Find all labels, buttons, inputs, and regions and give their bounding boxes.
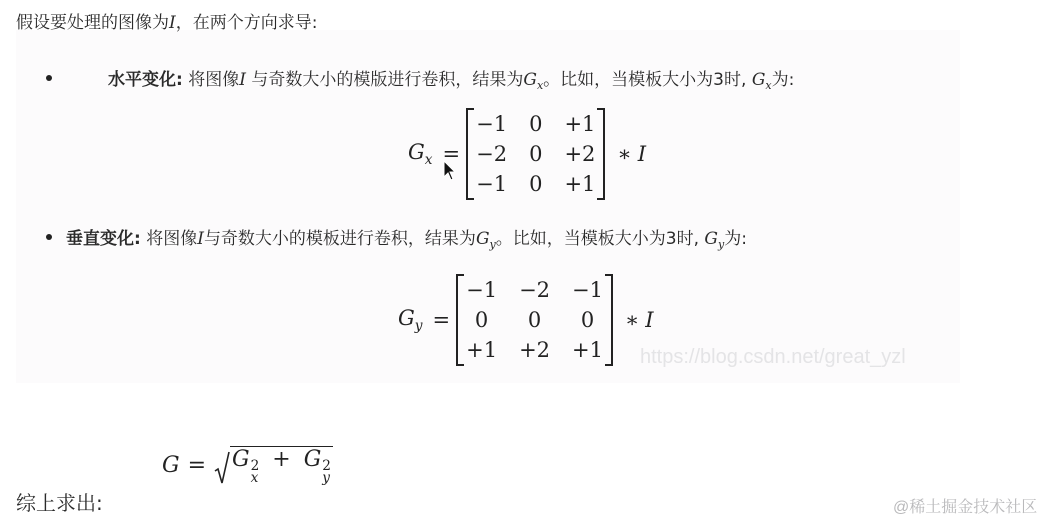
var-g: G	[476, 229, 490, 249]
radicand: G2x + G2y	[230, 446, 333, 485]
vertical-text: 将图像	[141, 229, 197, 249]
csdn-watermark: https://blog.csdn.net/great_yzl	[640, 346, 906, 369]
bullet-icon	[46, 234, 52, 240]
intro-text: 假设要处理的图像为	[16, 13, 169, 33]
matrix-cell: 0	[572, 306, 603, 334]
vertical-text: 。比如，当模板大小为3时,	[496, 229, 699, 249]
horizontal-text: 与奇数大小的模版进行卷积，结果为	[246, 70, 523, 90]
exponent-subscript: 2x	[251, 460, 260, 485]
bullet-icon	[46, 75, 52, 81]
var-i: I	[239, 70, 246, 90]
vertical-title: 垂直变化:	[66, 229, 141, 249]
var-sub: x	[425, 152, 433, 168]
horizontal-text: 为:	[772, 70, 795, 90]
matrix-cell: −1	[466, 276, 497, 304]
matrix-cell: 0	[529, 140, 542, 168]
sqrt-sign-icon	[214, 451, 230, 485]
horizontal-title: 水平变化:	[108, 70, 183, 90]
subscript: x	[251, 472, 260, 484]
matrix-cell: 0	[466, 306, 497, 334]
gx-equation: Gx = −1 0 +1 −2 0 +2 −1 0 +1 ∗ I	[408, 108, 646, 200]
gy-matrix: −1 −2 −1 0 0 0 +1 +2 +1	[456, 274, 613, 366]
gy-equation: Gy = −1 −2 −1 0 0 0 +1 +2 +1 ∗ I	[398, 274, 654, 366]
matrix-cell: +1	[564, 170, 595, 198]
var-g: G	[304, 447, 322, 472]
matrix-cell: +1	[466, 336, 497, 364]
matrix-cell: 0	[529, 170, 542, 198]
gx-matrix: −1 0 +1 −2 0 +2 −1 0 +1	[466, 108, 605, 200]
matrix-cell: −1	[476, 110, 507, 138]
matrix-cell: 0	[519, 306, 550, 334]
mouse-cursor-icon	[443, 160, 457, 182]
juejin-watermark: @稀土掘金技术社区	[893, 494, 1037, 517]
horizontal-line: 水平变化: 将图像I 与奇数大小的模版进行卷积，结果为Gx。比如，当模板大小为3…	[108, 65, 794, 92]
var-i: I	[197, 229, 204, 249]
var-g: G	[408, 140, 425, 164]
var-sub: y	[415, 318, 423, 334]
subscript: y	[322, 472, 331, 484]
var-g: G	[752, 70, 766, 90]
horizontal-text: 将图像	[183, 70, 239, 90]
square-root: G2x + G2y	[214, 446, 333, 485]
matrix-cell: −2	[476, 140, 507, 168]
convolution-operator: ∗	[617, 142, 631, 166]
matrix-cell: +2	[519, 336, 550, 364]
matrix-cell: 0	[529, 110, 542, 138]
vertical-text: 为:	[724, 229, 747, 249]
exponent-subscript: 2y	[322, 460, 331, 485]
gy-lhs: Gy	[398, 306, 423, 334]
vertical-line: 垂直变化: 将图像I与奇数大小的模板进行卷积，结果为Gy。比如，当模板大小为3时…	[66, 224, 747, 251]
var-i: I	[169, 13, 176, 33]
horizontal-text: 。比如，当模板大小为3时,	[543, 70, 746, 90]
var-i: I	[645, 308, 653, 332]
matrix-cell: −1	[572, 276, 603, 304]
matrix-cell: +2	[564, 140, 595, 168]
var-g: G	[704, 229, 718, 249]
var-g: G	[398, 306, 415, 330]
convolution-operator: ∗	[625, 308, 639, 332]
summary-label: 综上求出:	[16, 487, 103, 516]
intro-line: 假设要处理的图像为I，在两个方向求导:	[16, 8, 317, 33]
intro-text-after: ，在两个方向求导:	[176, 13, 318, 33]
matrix-cell: +1	[564, 110, 595, 138]
equals-sign: =	[433, 308, 451, 332]
var-g: G	[232, 447, 250, 472]
matrix-cell: −2	[519, 276, 550, 304]
var-g: G	[523, 70, 537, 90]
matrix-cell: +1	[572, 336, 603, 364]
gx-lhs: Gx	[408, 140, 432, 168]
var-i: I	[638, 142, 646, 166]
g-magnitude-equation: G = G2x + G2y	[162, 446, 333, 485]
var-g: G	[162, 453, 180, 478]
equals-sign: =	[188, 453, 206, 478]
vertical-text: 与奇数大小的模板进行卷积，结果为	[204, 229, 476, 249]
matrix-cell: −1	[476, 170, 507, 198]
plus-sign: +	[272, 447, 290, 472]
